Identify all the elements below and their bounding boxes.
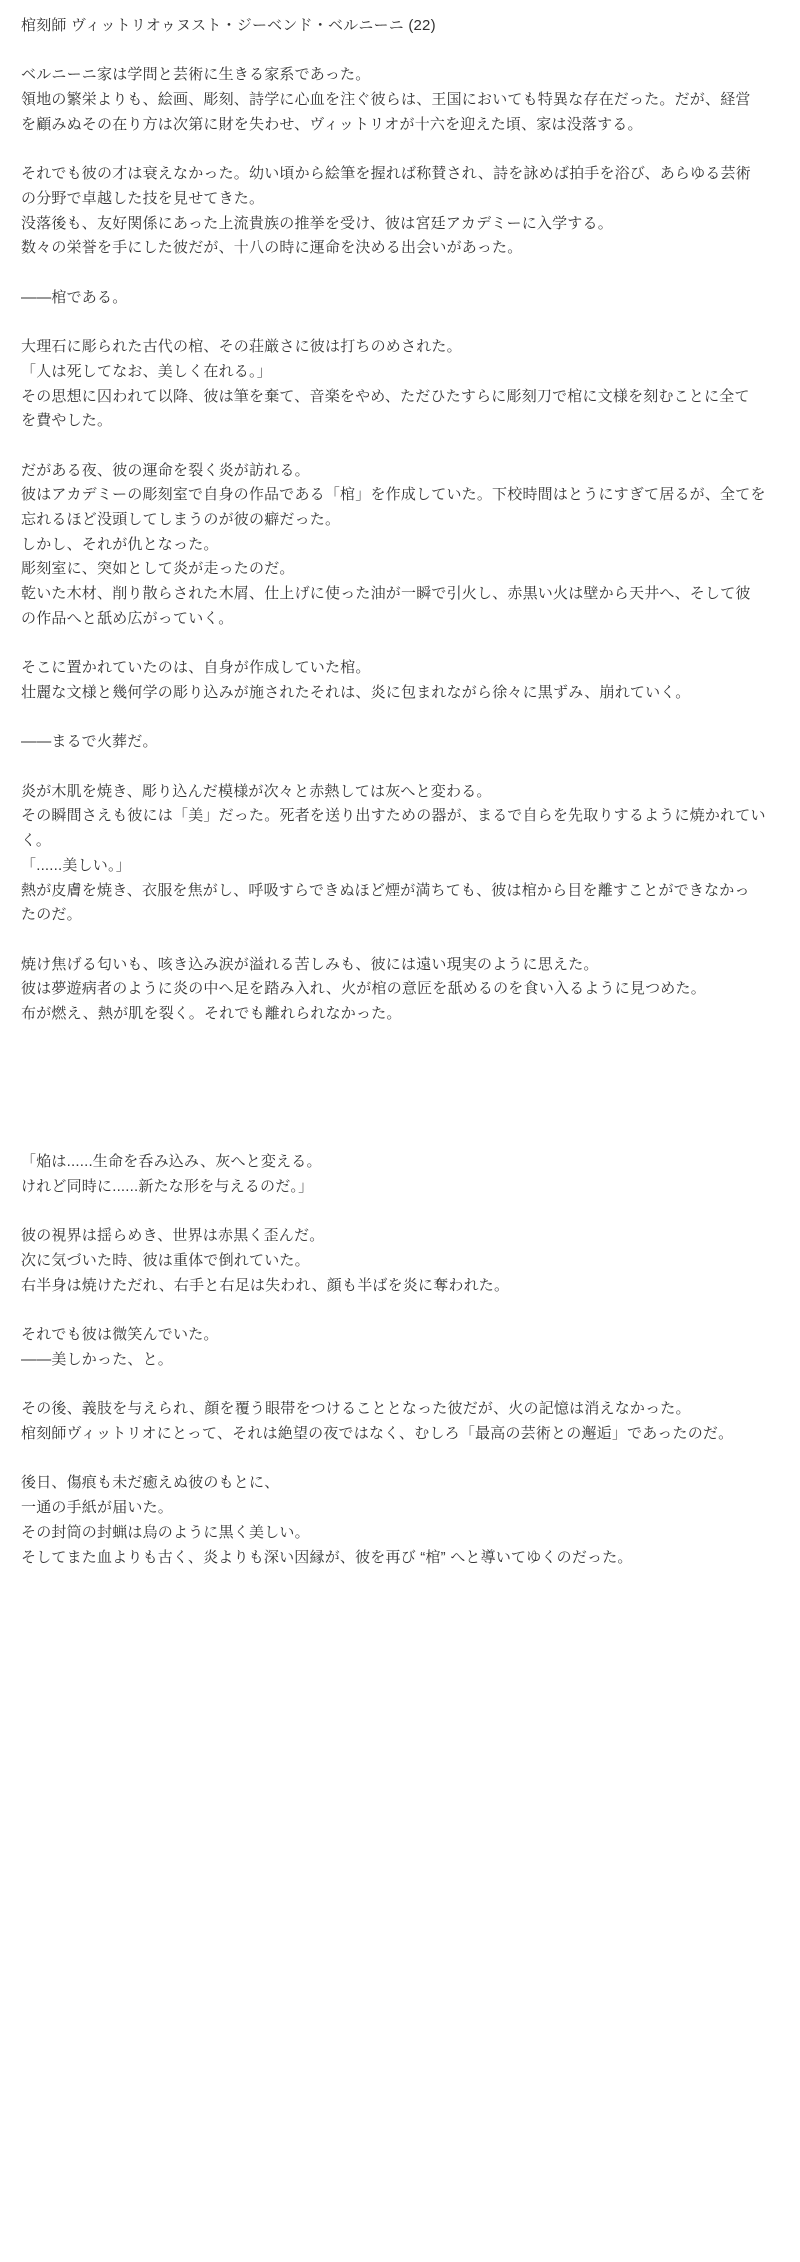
text-line: 彼は夢遊病者のように炎の中へ足を踏み入れ、火が棺の意匠を舐めるのを食い入るように… [21, 977, 780, 1002]
text-line: 彼はアカデミーの彫刻室で自身の作品である「棺」を作成していた。下校時間はとうにす… [21, 483, 780, 508]
text-line: く。 [21, 829, 780, 854]
text-line: を顧みぬその在り方は次第に財を失わせ、ヴィットリオが十六を迎えた頃、家は没落する… [21, 113, 780, 138]
text-line: その瞬間さえも彼には「美」だった。死者を送り出すための器が、まるで自らを先取りす… [21, 804, 780, 829]
text-line: ――美しかった、と。 [21, 1348, 780, 1373]
text-line: ――まるで火葬だ。 [21, 730, 780, 755]
text-line: 彼の視界は揺らめき、世界は赤黒く歪んだ。 [21, 1224, 780, 1249]
text-line: 一通の手紙が届いた。 [21, 1496, 780, 1521]
text-line [21, 1299, 780, 1324]
text-line: けれど同時に......新たな形を与えるのだ。」 [21, 1175, 780, 1200]
text-line: 彫刻室に、突如として炎が走ったのだ。 [21, 557, 780, 582]
text-line: それでも彼の才は衰えなかった。幼い頃から絵筆を握れば称賛され、詩を詠めば拍手を浴… [21, 162, 780, 187]
text-body: ベルニーニ家は学問と芸術に生きる家系であった。領地の繁栄よりも、絵画、彫刻、詩学… [21, 63, 780, 1570]
text-line: そしてまた血よりも古く、炎よりも深い因縁が、彼を再び “棺” へと導いてゆくのだ… [21, 1546, 780, 1571]
text-line: 没落後も、友好関係にあった上流貴族の推挙を受け、彼は宮廷アカデミーに入学する。 [21, 212, 780, 237]
text-line: 領地の繁栄よりも、絵画、彫刻、詩学に心血を注ぐ彼らは、王国においても特異な存在だ… [21, 88, 780, 113]
title-body-spacer [21, 39, 780, 64]
text-line: の作品へと舐め広がっていく。 [21, 607, 780, 632]
text-line: 右半身は焼けただれ、右手と右足は失われ、顔も半ばを炎に奪われた。 [21, 1274, 780, 1299]
text-line: 熱が皮膚を焼き、衣服を焦がし、呼吸すらできぬほど煙が満ちても、彼は棺から目を離す… [21, 879, 780, 904]
text-line [21, 1027, 780, 1052]
text-line: 大理石に彫られた古代の棺、その荘厳さに彼は打ちのめされた。 [21, 335, 780, 360]
text-line: そこに置かれていたのは、自身が作成していた棺。 [21, 656, 780, 681]
text-line: ベルニーニ家は学問と芸術に生きる家系であった。 [21, 63, 780, 88]
text-line: 「焔は......生命を呑み込み、灰へと変える。 [21, 1150, 780, 1175]
text-line: 「人は死してなお、美しく在れる。」 [21, 360, 780, 385]
text-line: の分野で卓越した技を見せてきた。 [21, 187, 780, 212]
text-line [21, 632, 780, 657]
text-line: 焼け焦げる匂いも、咳き込み涙が溢れる苦しみも、彼には遠い現実のように思えた。 [21, 953, 780, 978]
text-line: 忘れるほど没頭してしまうのが彼の癖だった。 [21, 508, 780, 533]
page-title: 棺刻師 ヴィットリオゥヌスト・ジーベンド・ベルニーニ (22) [21, 14, 780, 39]
text-line [21, 138, 780, 163]
text-line [21, 1200, 780, 1225]
text-line [21, 1447, 780, 1472]
text-line [21, 1101, 780, 1126]
text-line [21, 755, 780, 780]
text-line: 棺刻師ヴィットリオにとって、それは絶望の夜ではなく、むしろ「最高の芸術との邂逅」… [21, 1422, 780, 1447]
text-document: 棺刻師 ヴィットリオゥヌスト・ジーベンド・ベルニーニ (22) ベルニーニ家は学… [0, 0, 800, 1570]
text-line: を費やした。 [21, 409, 780, 434]
text-line: たのだ。 [21, 903, 780, 928]
text-line: だがある夜、彼の運命を裂く炎が訪れる。 [21, 459, 780, 484]
text-line: しかし、それが仇となった。 [21, 533, 780, 558]
text-line: 乾いた木材、削り散らされた木屑、仕上げに使った油が一瞬で引火し、赤黒い火は壁から… [21, 582, 780, 607]
text-line: 壮麗な文様と幾何学の彫り込みが施されたそれは、炎に包まれながら徐々に黒ずみ、崩れ… [21, 681, 780, 706]
text-line [21, 310, 780, 335]
text-line: 布が燃え、熱が肌を裂く。それでも離れられなかった。 [21, 1002, 780, 1027]
text-line [21, 434, 780, 459]
text-line: その思想に囚われて以降、彼は筆を棄て、音楽をやめ、ただひたすらに彫刻刀で棺に文様… [21, 385, 780, 410]
text-line [21, 928, 780, 953]
text-line: それでも彼は微笑んでいた。 [21, 1323, 780, 1348]
text-line [21, 1076, 780, 1101]
text-line: その後、義肢を与えられ、顔を覆う眼帯をつけることとなった彼だが、火の記憶は消えな… [21, 1397, 780, 1422]
text-line [21, 706, 780, 731]
text-line [21, 261, 780, 286]
text-line: 後日、傷痕も未だ癒えぬ彼のもとに、 [21, 1471, 780, 1496]
text-line [21, 1126, 780, 1151]
text-line: 炎が木肌を焼き、彫り込んだ模様が次々と赤熱しては灰へと変わる。 [21, 780, 780, 805]
text-line [21, 1052, 780, 1077]
text-line: 数々の栄誉を手にした彼だが、十八の時に運命を決める出会いがあった。 [21, 236, 780, 261]
text-line: 次に気づいた時、彼は重体で倒れていた。 [21, 1249, 780, 1274]
text-line [21, 1373, 780, 1398]
text-line: 「......美しい。」 [21, 854, 780, 879]
text-line: ――棺である。 [21, 286, 780, 311]
text-line: その封筒の封蝋は烏のように黒く美しい。 [21, 1521, 780, 1546]
